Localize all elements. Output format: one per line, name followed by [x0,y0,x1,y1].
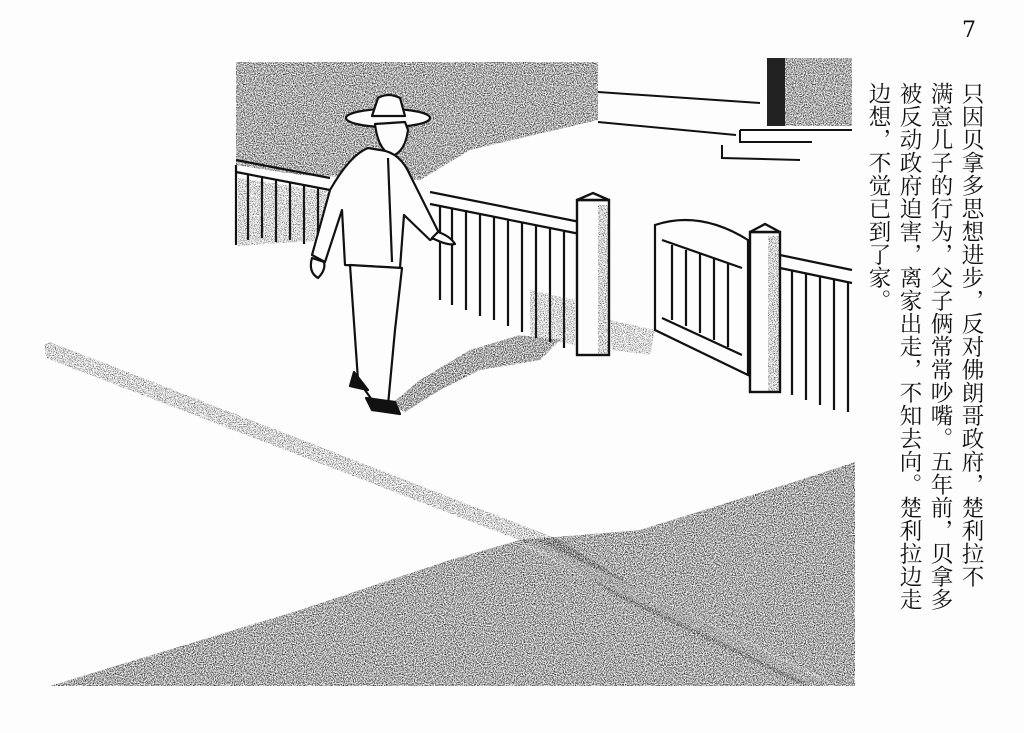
fence-right [780,255,852,412]
gate [655,220,748,375]
caption-column-4: 边想，不觉已到了家。 [862,82,893,702]
caption-column-3: 被反动政府迫害，离家出走，不知去向。楚利拉边走 [893,82,924,702]
caption-column-2: 满意儿子的行为，父子俩常常吵嘴。五年前，贝拿多 [924,82,955,702]
illustration [0,0,870,733]
page-number: 7 [962,18,976,43]
caption-text: 只因贝拿多思想进步，反对佛朗哥政府，楚利拉不 满意儿子的行为，父子俩常常吵嘴。五… [862,82,986,702]
road-shadow [50,462,855,686]
comic-page: 7 只因贝拿多思想进步，反对佛朗哥政府，楚利拉不 满意儿子的行为，父子俩常常吵嘴… [0,0,1024,733]
caption-column-1: 只因贝拿多思想进步，反对佛朗哥政府，楚利拉不 [955,82,986,702]
shadow [390,335,560,412]
